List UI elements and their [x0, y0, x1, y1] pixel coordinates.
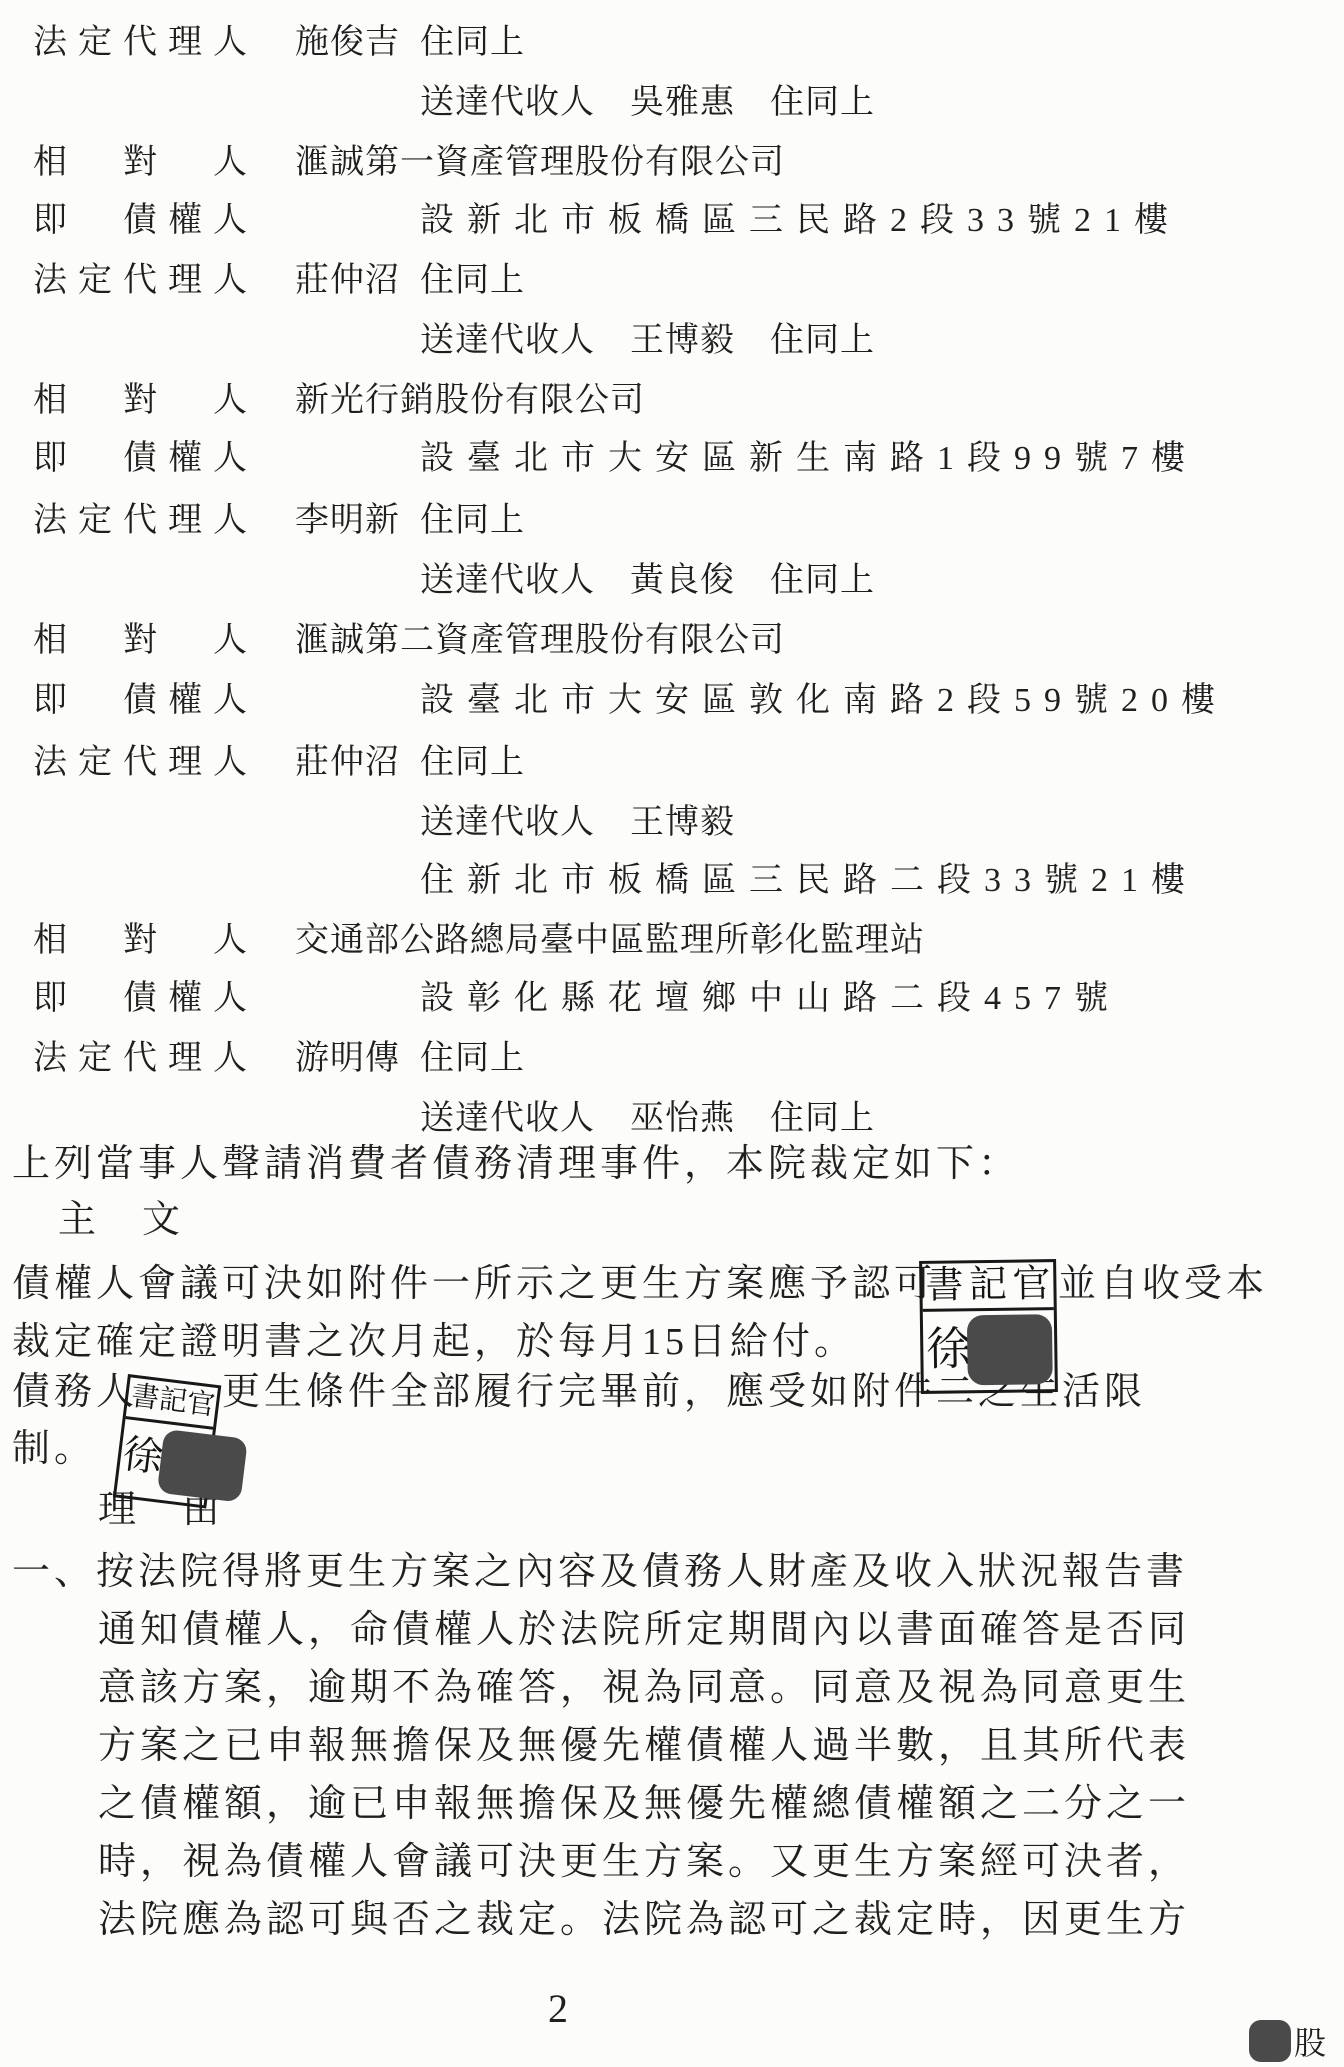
party-address: 設臺北市大安區敦化南路2段59號20樓: [420, 678, 1228, 724]
party-address: 設彰化縣花壇鄉中山路二段457號: [420, 976, 1121, 1022]
party-row: 相 對 人 新光行銷股份有限公司: [0, 378, 1344, 424]
party-name: 新光行銷股份有限公司: [295, 378, 645, 424]
party-row: 即 債權人 設臺北市大安區敦化南路2段59號20樓: [0, 678, 1344, 724]
party-address: 設臺北市大安區新生南路1段99號7樓: [420, 436, 1198, 482]
stamp-body: 徐: [923, 1310, 1055, 1391]
clerk-stamp-left: 書記官 徐: [113, 1374, 221, 1509]
party-detail: 送達代收人 王博毅: [420, 800, 735, 846]
party-role-label: 法定代理人: [33, 258, 247, 304]
party-detail: 送達代收人 吳雅惠 住同上: [420, 80, 875, 126]
redaction-block: [967, 1314, 1053, 1385]
party-name: 滙誠第二資產管理股份有限公司: [295, 618, 785, 664]
party-detail: 送達代收人 王博毅 住同上: [420, 318, 875, 364]
reason-line: 之債權額，逾已申報無擔保及無優先權總債權額之二分之一: [98, 1780, 1190, 1828]
reason-line: 方案之已申報無擔保及無優先權債權人過半數，且其所代表: [98, 1722, 1190, 1770]
page-number: 2: [548, 1985, 568, 2032]
party-row: 即 債權人 設臺北市大安區新生南路1段99號7樓: [0, 436, 1344, 482]
reason-line: 意該方案，逾期不為確答，視為同意。同意及視為同意更生: [98, 1664, 1190, 1712]
reason-line: 一、按法院得將更生方案之內容及債務人財產及收入狀況報告書: [12, 1548, 1188, 1596]
main-text-heading: 主 文: [58, 1196, 184, 1244]
party-row: 相 對 人 交通部公路總局臺中區監理所彰化監理站: [0, 918, 1344, 964]
party-row: 送達代收人 吳雅惠 住同上: [0, 80, 1344, 126]
party-row: 即 債權人 設彰化縣花壇鄉中山路二段457號: [0, 976, 1344, 1022]
reason-line: 通知債權人，命債權人於法院所定期間內以書面確答是否同: [98, 1606, 1190, 1654]
party-detail: 住同上: [420, 498, 525, 544]
stamp-title: 書記官: [922, 1262, 1054, 1312]
body-line: 裁定確定證明書之次月起，於每月15日給付。: [12, 1318, 856, 1366]
party-role-label: 相 對 人: [33, 618, 247, 664]
party-row: 法定代理人 李明新 住同上: [0, 498, 1344, 544]
party-row: 即 債權人 設新北市板橋區三民路2段33號21樓: [0, 198, 1344, 244]
party-detail: 送達代收人 黃良俊 住同上: [420, 558, 875, 604]
body-line: 並自收受本: [1058, 1260, 1268, 1308]
party-row: 法定代理人 莊仲沼 住同上: [0, 740, 1344, 786]
party-row: 相 對 人 滙誠第一資產管理股份有限公司: [0, 140, 1344, 186]
party-role-label: 相 對 人: [33, 140, 247, 186]
party-name: 施俊吉: [295, 20, 400, 66]
party-name: 游明傳: [295, 1036, 400, 1082]
body-line: 債務人: [12, 1368, 138, 1416]
party-row: 送達代收人 巫怡燕 住同上: [0, 1096, 1344, 1142]
party-name: 交通部公路總局臺中區監理所彰化監理站: [295, 918, 925, 964]
body-line: 制。: [12, 1425, 96, 1473]
party-detail: 送達代收人 巫怡燕 住同上: [420, 1096, 875, 1142]
clerk-stamp-right: 書記官 徐: [919, 1259, 1058, 1394]
reason-line: 法院應為認可與否之裁定。法院為認可之裁定時，因更生方: [98, 1896, 1190, 1944]
party-role-label: 相 對 人: [33, 918, 247, 964]
party-role-label: 法定代理人: [33, 1036, 247, 1082]
body-line: 債權人會議可決如附件一所示之更生方案應予認可: [12, 1260, 936, 1308]
party-name: 李明新: [295, 498, 400, 544]
scanned-court-ruling-page: 法定代理人 施俊吉 住同上 送達代收人 吳雅惠 住同上 相 對 人 滙誠第一資產…: [0, 0, 1344, 2067]
party-role-label: 即 債權人: [33, 976, 247, 1022]
stamp-body: 徐: [117, 1419, 213, 1502]
party-role-label: 即 債權人: [33, 678, 247, 724]
party-role-label: 法定代理人: [33, 498, 247, 544]
body-line-intro: 上列當事人聲請消費者債務清理事件，本院裁定如下：: [12, 1140, 1020, 1188]
party-detail: 住同上: [420, 740, 525, 786]
party-row: 法定代理人 施俊吉 住同上: [0, 20, 1344, 66]
redaction-block: [157, 1429, 248, 1503]
party-row: 住新北市板橋區三民路二段33號21樓: [0, 858, 1344, 904]
party-detail: 住同上: [420, 20, 525, 66]
party-detail: 住同上: [420, 1036, 525, 1082]
party-row: 送達代收人 黃良俊 住同上: [0, 558, 1344, 604]
party-role-label: 法定代理人: [33, 740, 247, 786]
reason-line: 時，視為債權人會議可決更生方案。又更生方案經可決者，: [98, 1838, 1190, 1886]
party-name: 莊仲沼: [295, 258, 400, 304]
party-address: 設新北市板橋區三民路2段33號21樓: [420, 198, 1181, 244]
party-role-label: 相 對 人: [33, 378, 247, 424]
party-name: 莊仲沼: [295, 740, 400, 786]
party-address: 住新北市板橋區三民路二段33號21樓: [420, 858, 1198, 904]
party-row: 相 對 人 滙誠第二資產管理股份有限公司: [0, 618, 1344, 664]
party-row: 法定代理人 莊仲沼 住同上: [0, 258, 1344, 304]
party-role-label: 即 債權人: [33, 198, 247, 244]
party-row: 法定代理人 游明傳 住同上: [0, 1036, 1344, 1082]
party-role-label: 法定代理人: [33, 20, 247, 66]
party-name: 滙誠第一資產管理股份有限公司: [295, 140, 785, 186]
stamp-surname: 徐: [926, 1311, 973, 1388]
party-detail: 住同上: [420, 258, 525, 304]
unit-label: 股: [1294, 2022, 1326, 2064]
party-row: 送達代收人 王博毅 住同上: [0, 318, 1344, 364]
party-row: 送達代收人 王博毅: [0, 800, 1344, 846]
redaction-block: [1249, 2020, 1291, 2062]
party-role-label: 即 債權人: [33, 436, 247, 482]
